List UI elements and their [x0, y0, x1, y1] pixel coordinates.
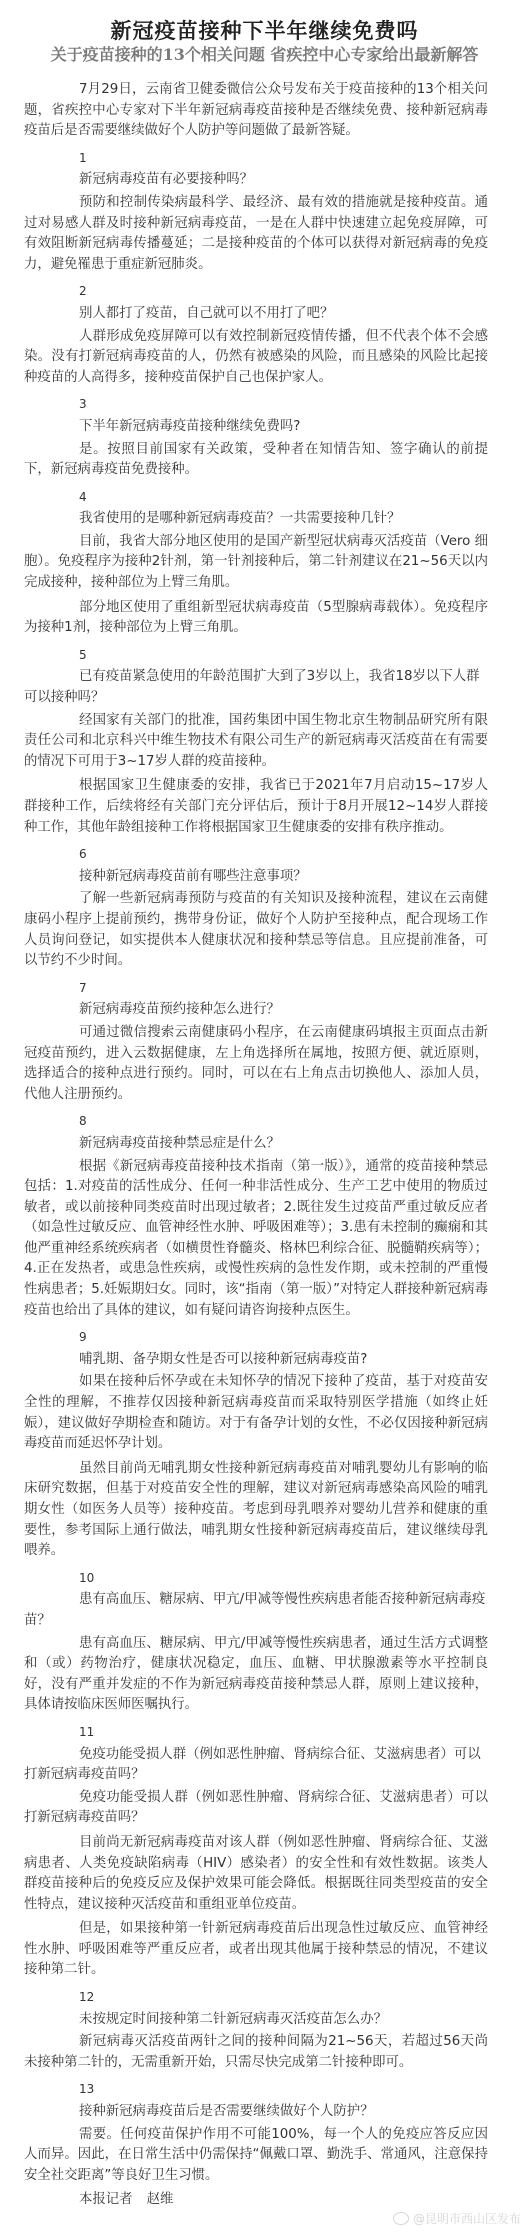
- question-number: 13: [24, 2079, 488, 2100]
- question-text: 新冠病毒疫苗有必要接种吗？: [24, 170, 488, 191]
- qa-item: 8新冠病毒疫苗接种禁忌症是什么？根据《新冠病毒疫苗接种技术指南（第一版）》，通常…: [24, 1111, 488, 1321]
- watermark-text: @昆明市西山区发布: [413, 2210, 521, 2227]
- question-number: 5: [24, 645, 488, 666]
- qa-item: 6接种新冠病毒疫苗前有哪些注意事项？了解一些新冠病毒预防与疫苗的有关知识及接种流…: [24, 844, 488, 972]
- question-text: 患有高血压、糖尿病、甲亢/甲减等慢性疾病患者能否接种新冠病毒疫苗？: [24, 1590, 488, 1631]
- answer-paragraph: 经国家有关部门的批准，国药集团中国生物北京生物制品研究所有限责任公司和北京科兴中…: [24, 711, 488, 773]
- qa-item: 9哺乳期、备孕期女性是否可以接种新冠病毒疫苗?如果在接种后怀孕或在未知怀孕的情况…: [24, 1327, 488, 1562]
- question-text: 别人都打了疫苗，自己就可以不用打了吧？: [24, 304, 488, 325]
- question-number: 9: [24, 1327, 488, 1348]
- qa-item: 2别人都打了疫苗，自己就可以不用打了吧？人群形成免疫屏障可以有效控制新冠疫情传播…: [24, 281, 488, 388]
- question-text: 已有疫苗紧急使用的年龄范围扩大到了3岁以上，我省18岁以下人群可以接种吗？: [24, 667, 488, 708]
- question-text: 下半年新冠病毒疫苗接种继续免费吗?: [24, 417, 488, 438]
- qa-item: 11免疫功能受损人群（例如恶性肿瘤、肾病综合征、艾滋病患者）可以打新冠病毒疫苗吗…: [24, 1722, 488, 1981]
- answer-paragraph: 虽然目前尚无哺乳期女性接种新冠病毒疫苗对哺乳婴幼儿有影响的临床研究数据，但基于对…: [24, 1459, 488, 1562]
- answer-paragraph: 新冠病毒灭活疫苗两针之间的接种间隔为21~56天，若超过56天尚未接种第二针的，…: [24, 2032, 488, 2073]
- question-text: 新冠病毒疫苗接种禁忌症是什么？: [24, 1134, 488, 1155]
- answer-paragraph: 人群形成免疫屏障可以有效控制新冠疫情传播，但不代表个体不会感染。没有打新冠病毒疫…: [24, 327, 488, 389]
- question-number: 6: [24, 844, 488, 865]
- answer-paragraph: 根据国家卫生健康委的安排，我省已于2021年7月启动15~17岁人群接种工作，后…: [24, 776, 488, 838]
- qa-item: 4我省使用的是哪种新冠病毒疫苗？一共需要接种几针？目前，我省大部分地区使用的是国…: [24, 487, 488, 639]
- question-number: 11: [24, 1722, 488, 1743]
- byline-author: 赵维: [147, 2192, 174, 2207]
- question-text: 免疫功能受损人群（例如恶性肿瘤、肾病综合征、艾滋病患者）可以打新冠病毒疫苗吗？: [24, 1745, 488, 1786]
- article-title: 新冠疫苗接种下半年继续免费吗: [0, 18, 529, 44]
- qa-item: 5已有疫苗紧急使用的年龄范围扩大到了3岁以上，我省18岁以下人群可以接种吗？经国…: [24, 645, 488, 838]
- answer-paragraph: 如果在接种后怀孕或在未知怀孕的情况下接种了疫苗，基于对疫苗安全性的理解，不推荐仅…: [24, 1372, 488, 1454]
- question-number: 2: [24, 281, 488, 302]
- answer-paragraph: 是。按照目前国家有关政策，受种者在知情告知、签字确认的前提下，新冠病毒疫苗免费接…: [24, 440, 488, 481]
- question-number: 4: [24, 487, 488, 508]
- answer-paragraph: 患有高血压、糖尿病、甲亢/甲减等慢性疾病患者，通过生活方式调整和（或）药物治疗，…: [24, 1634, 488, 1716]
- article-subtitle: 关于疫苗接种的13个相关问题 省疾控中心专家给出最新解答: [0, 44, 529, 66]
- question-text: 接种新冠病毒疫苗前有哪些注意事项？: [24, 867, 488, 888]
- intro-paragraph: 7月29日，云南省卫健委微信公众号发布关于疫苗接种的13个相关问题，省疾控中心专…: [24, 80, 488, 142]
- question-text: 哺乳期、备孕期女性是否可以接种新冠病毒疫苗?: [24, 1350, 488, 1371]
- qa-item: 12未按规定时间接种第二针新冠病毒灭活疫苗怎么办？新冠病毒灭活疫苗两针之间的接种…: [24, 1987, 488, 2073]
- question-text: 新冠病毒疫苗预约接种怎么进行？: [24, 1000, 488, 1021]
- answer-paragraph: 根据《新冠病毒疫苗接种技术指南（第一版）》，通常的疫苗接种禁忌包括：1.对疫苗的…: [24, 1157, 488, 1322]
- watermark: @昆明市西山区发布: [393, 2210, 521, 2227]
- qa-list: 1新冠病毒疫苗有必要接种吗？预防和控制传染病最科学、最经济、最有效的措施就是接种…: [24, 148, 488, 2187]
- qa-item: 13接种新冠病毒疫苗后是否需要继续做好个人防护？需要。任何疫苗保护作用不可能10…: [24, 2079, 488, 2186]
- answer-paragraph: 目前尚无新冠病毒疫苗对该人群（例如恶性肿瘤、肾病综合征、艾滋病患者、人类免疫缺陷…: [24, 1833, 488, 1915]
- article-header: 新冠疫苗接种下半年继续免费吗 关于疫苗接种的13个相关问题 省疾控中心专家给出最…: [0, 0, 529, 66]
- answer-paragraph: 需要。任何疫苗保护作用不可能100%，每一个人的免疫应答反应因人而异。因此，在日…: [24, 2125, 488, 2187]
- byline: 本报记者赵维: [24, 2190, 488, 2211]
- answer-paragraph: 目前，我省大部分地区使用的是国产新型冠状病毒灭活疫苗（Vero 细胞）。免疫程序…: [24, 532, 488, 594]
- question-text: 我省使用的是哪种新冠病毒疫苗？一共需要接种几针？: [24, 509, 488, 530]
- answer-paragraph: 但是，如果接种第一针新冠病毒疫苗后出现急性过敏反应、血管神经性水肿、呼吸困难等严…: [24, 1919, 488, 1981]
- weibo-icon: [393, 2212, 409, 2225]
- answer-paragraph: 免疫功能受损人群（例如恶性肿瘤、肾病综合征、艾滋病患者）可以打新冠病毒疫苗吗？: [24, 1788, 488, 1829]
- qa-item: 3下半年新冠病毒疫苗接种继续免费吗?是。按照目前国家有关政策，受种者在知情告知、…: [24, 394, 488, 480]
- article-body: 7月29日，云南省卫健委微信公众号发布关于疫苗接种的13个相关问题，省疾控中心专…: [24, 80, 488, 2211]
- qa-item: 7新冠病毒疫苗预约接种怎么进行？可通过微信搜索云南健康码小程序，在云南健康码填报…: [24, 978, 488, 1106]
- answer-paragraph: 了解一些新冠病毒预防与疫苗的有关知识及接种流程，建议在云南健康码小程序上提前预约…: [24, 889, 488, 971]
- question-text: 接种新冠病毒疫苗后是否需要继续做好个人防护？: [24, 2102, 488, 2123]
- question-number: 12: [24, 1987, 488, 2008]
- question-number: 10: [24, 1568, 488, 1589]
- question-number: 1: [24, 148, 488, 169]
- answer-paragraph: 可通过微信搜索云南健康码小程序，在云南健康码填报主页面点击新冠疫苗预约，进入云数…: [24, 1023, 488, 1105]
- question-text: 未按规定时间接种第二针新冠病毒灭活疫苗怎么办？: [24, 2010, 488, 2031]
- answer-paragraph: 预防和控制传染病最科学、最经济、最有效的措施就是接种疫苗。通过对易感人群及时接种…: [24, 193, 488, 275]
- qa-item: 1新冠病毒疫苗有必要接种吗？预防和控制传染病最科学、最经济、最有效的措施就是接种…: [24, 148, 488, 276]
- question-number: 7: [24, 978, 488, 999]
- qa-item: 10患有高血压、糖尿病、甲亢/甲减等慢性疾病患者能否接种新冠病毒疫苗？患有高血压…: [24, 1568, 488, 1716]
- question-number: 3: [24, 394, 488, 415]
- answer-paragraph: 部分地区使用了重组新型冠状病毒疫苗（5型腺病毒载体）。免疫程序为接种1剂，接种部…: [24, 598, 488, 639]
- question-number: 8: [24, 1111, 488, 1132]
- byline-label: 本报记者: [79, 2192, 133, 2207]
